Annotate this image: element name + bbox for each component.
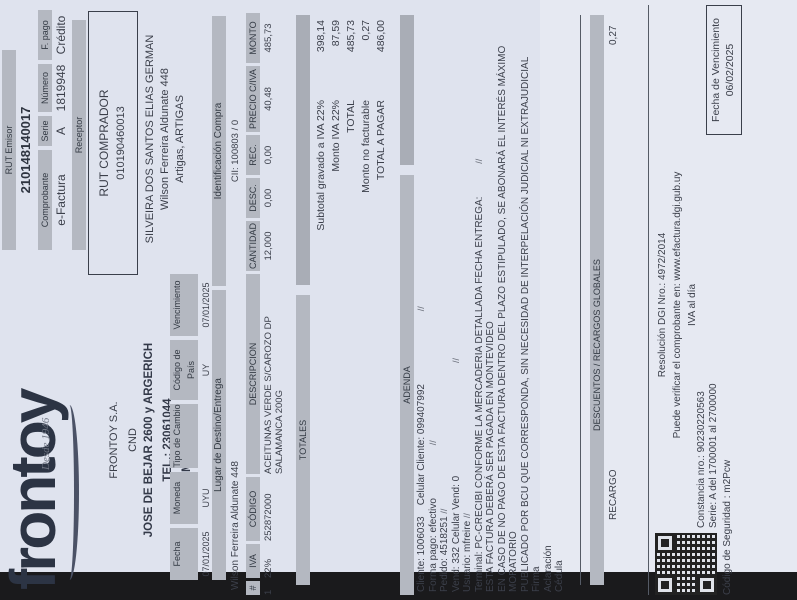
cell-desc: 0,00 (263, 178, 285, 218)
info-header: Moneda (170, 472, 198, 524)
logo-swoosh (60, 405, 79, 580)
constancia: Constancia nro.: 90230220563 (696, 383, 708, 528)
adenda-legal-1: ESTA FACTURA DEBERÁ SER PAGADA EN MONTEV… (485, 2, 497, 592)
items-column-header: PRECIO C/IVA (246, 66, 260, 132)
identificacion-value: CII: 100803 / 0 (230, 16, 241, 286)
cell-monto: 485,73 (263, 13, 285, 63)
info-header: Vencimiento (170, 274, 198, 336)
invoice-page: frontoy Desde 1946 FRONTOY S.A. CND JOSE… (0, 0, 797, 600)
qr-code[interactable] (655, 533, 717, 595)
mark: // (428, 440, 438, 445)
mark: // (462, 513, 472, 518)
adenda-terminal: Terminal: PC-CRECIBI CONFORME LA MERCADE… (474, 197, 485, 592)
rut-emisor-label: RUT Emisor (2, 50, 16, 250)
numero: 1819948 (54, 64, 68, 112)
resolucion-dgi: Resolución DGI Nro.: 4972/2014 (655, 140, 670, 470)
cedula-label: Cédula (554, 2, 566, 592)
totales-lines: Subtotal gravado a IVA 22%398,14Monto IV… (314, 15, 389, 300)
info-header: Código de País (170, 340, 198, 400)
rut-emisor: 210148140017 (18, 50, 33, 250)
totales-row: TOTAL485,73 (344, 15, 359, 300)
fpago-label: F. pago (38, 10, 52, 60)
totales-value: 486,00 (374, 20, 389, 100)
items-column-header: IVA (246, 544, 260, 578)
qr-eye (655, 533, 675, 553)
totales-value: 398,14 (314, 20, 329, 100)
info-value (201, 404, 211, 468)
items-column-header: DESC. (246, 178, 260, 218)
rut-comprador-label: RUT COMPRADOR (89, 12, 111, 274)
fecha-vencimiento-label: Fecha de Vencimiento (709, 6, 723, 134)
cell-n: 1 (263, 581, 285, 595)
items-column-header: DESCRIPCION (246, 274, 260, 474)
table-row: 122%252872000ACEITUNAS VERDE S/CAROZO DP… (263, 10, 285, 595)
fpago: Crédito (54, 10, 68, 60)
destino-value: Wilson Ferreira Aldunate 448 (230, 461, 241, 590)
items-column-header: REC. (246, 135, 260, 175)
items-column-header: MONTO (246, 13, 260, 63)
receptor-address: Wilson Ferreira Aldunate 448 (158, 8, 173, 270)
serie-rango: Serie: A del 1700001 al 2700000 (708, 383, 720, 528)
recargo-value: 0,27 (608, 26, 619, 45)
totales-row: Monto no facturable0,27 (359, 15, 374, 300)
divider (580, 15, 581, 585)
info-value: UY (201, 340, 211, 400)
cell-descripcion: ACEITUNAS VERDE S/CAROZO DP SALAMANCA 20… (263, 274, 285, 474)
adenda-legal-3: PUBLICADO POR BCU QUE CORRESPONDA, SIN N… (520, 2, 532, 592)
emisor-address: JOSE DE BEJAR 2600 y ARGERICH (140, 320, 159, 560)
items-column-header: CANTIDAD (246, 221, 260, 271)
company-name: FRONTOY S.A. (105, 365, 124, 515)
adenda-header: ADENDA (400, 175, 414, 595)
firma-label: Firma (531, 2, 543, 592)
totales-bar (296, 15, 310, 285)
adenda-forma-pago: Forma pago: efectivo (428, 498, 439, 592)
emisor-block: FRONTOY S.A. CND (105, 365, 143, 515)
adenda-pedido: Pedido: 4518251 (439, 516, 450, 592)
numero-label: Número (38, 64, 52, 112)
serie: A (54, 116, 68, 146)
adenda-celular-cliente: Celular Cliente: 099407992 (416, 384, 427, 505)
totales-row: Monto IVA 22%87,59 (329, 15, 344, 300)
items-column-header: CÓDIGO (246, 477, 260, 541)
codigo-seguridad: Código de Seguridad : m2Pcw (722, 460, 733, 595)
mark: // (451, 358, 461, 363)
adenda-legal-2: EN CASO DE NO PAGO DE ESTA FACTURA DENTR… (497, 2, 520, 592)
cell-rec: 0,00 (263, 135, 285, 175)
receptor-details: SILVEIRA DOS SANTOS ELIAS GERMAN Wilson … (143, 8, 188, 270)
footer-divider (648, 5, 649, 595)
fecha-vencimiento: 06/02/2025 (723, 6, 737, 134)
totales-value: 0,27 (359, 20, 374, 100)
descuentos-header: DESCUENTOS / RECARGOS GLOBALES (590, 15, 604, 585)
totales-header: TOTALES (296, 295, 310, 585)
cell-codigo: 252872000 (263, 477, 285, 541)
totales-value: 485,73 (344, 20, 359, 100)
totales-label: TOTAL (344, 100, 359, 300)
cell-precio: 40,48 (263, 66, 285, 132)
receptor-header: Receptor (72, 20, 86, 250)
info-header: Tipo de Cambio (170, 404, 198, 468)
receptor-name: SILVEIRA DOS SANTOS ELIAS GERMAN (143, 8, 158, 270)
aclaracion-label: Aclaración (543, 2, 555, 592)
identificacion-header: Identificación Compra (212, 16, 226, 286)
adenda-vend: Vend: 332 Celular Vend: 0 (451, 476, 462, 592)
totales-row: TOTAL A PAGAR486,00 (374, 15, 389, 300)
receptor-city: Artigas, ARTIGAS (173, 8, 188, 270)
mark: // (416, 306, 426, 311)
verificar-link[interactable]: Puede verificar el comprobante en: www.e… (670, 140, 685, 470)
info-header: Fecha (170, 528, 198, 580)
adenda-usuario: Usuario: mfreire (462, 521, 473, 592)
info-value: UYU (201, 472, 211, 524)
mark: // (439, 509, 449, 514)
fecha-vencimiento-box: Fecha de Vencimiento 06/02/2025 (706, 5, 742, 135)
cell-iva: 22% (263, 544, 285, 578)
recargo-label: RECARGO (608, 469, 619, 520)
rut-comprador-box: RUT COMPRADOR 010190460013 (88, 11, 138, 275)
info-value: 07/01/2025 (201, 274, 211, 336)
items-column-header: # (246, 581, 260, 595)
comprobante-tipo: e-Factura (54, 150, 68, 250)
totales-label: Subtotal gravado a IVA 22% (314, 100, 329, 300)
totales-row: Subtotal gravado a IVA 22%398,14 (314, 15, 329, 300)
destino-header: Lugar de Destino/Entrega (212, 290, 226, 580)
mark: // (474, 159, 484, 164)
totales-label: Monto IVA 22% (329, 100, 344, 300)
footer-info: Resolución DGI Nro.: 4972/2014 Puede ver… (655, 140, 700, 470)
adenda-bar (400, 15, 414, 165)
info-value: 07/01/2025 (201, 528, 211, 580)
totales-label: Monto no facturable (359, 100, 374, 300)
adenda-cliente: Cliente: 1006033 (416, 516, 427, 592)
cell-cantidad: 12,000 (263, 221, 285, 271)
totales-value: 87,59 (329, 20, 344, 100)
constancia-block: Constancia nro.: 90230220563 Serie: A de… (696, 383, 720, 528)
info-grid: FechaMonedaTipo de CambioCódigo de PaísV… (170, 260, 211, 580)
serie-label: Serie (38, 116, 52, 146)
qr-eye (655, 575, 675, 595)
totales-label: TOTAL A PAGAR (374, 100, 389, 300)
comprobante-label: Comprobante (38, 150, 52, 250)
items-table: #IVACÓDIGODESCRIPCIONCANTIDADDESC.REC.PR… (246, 10, 285, 595)
logo-tagline: Desde 1946 (40, 418, 52, 470)
qr-eye (697, 575, 717, 595)
adenda-content: Cliente: 1006033 Celular Cliente: 099407… (416, 2, 566, 592)
rut-comprador: 010190460013 (111, 12, 127, 274)
